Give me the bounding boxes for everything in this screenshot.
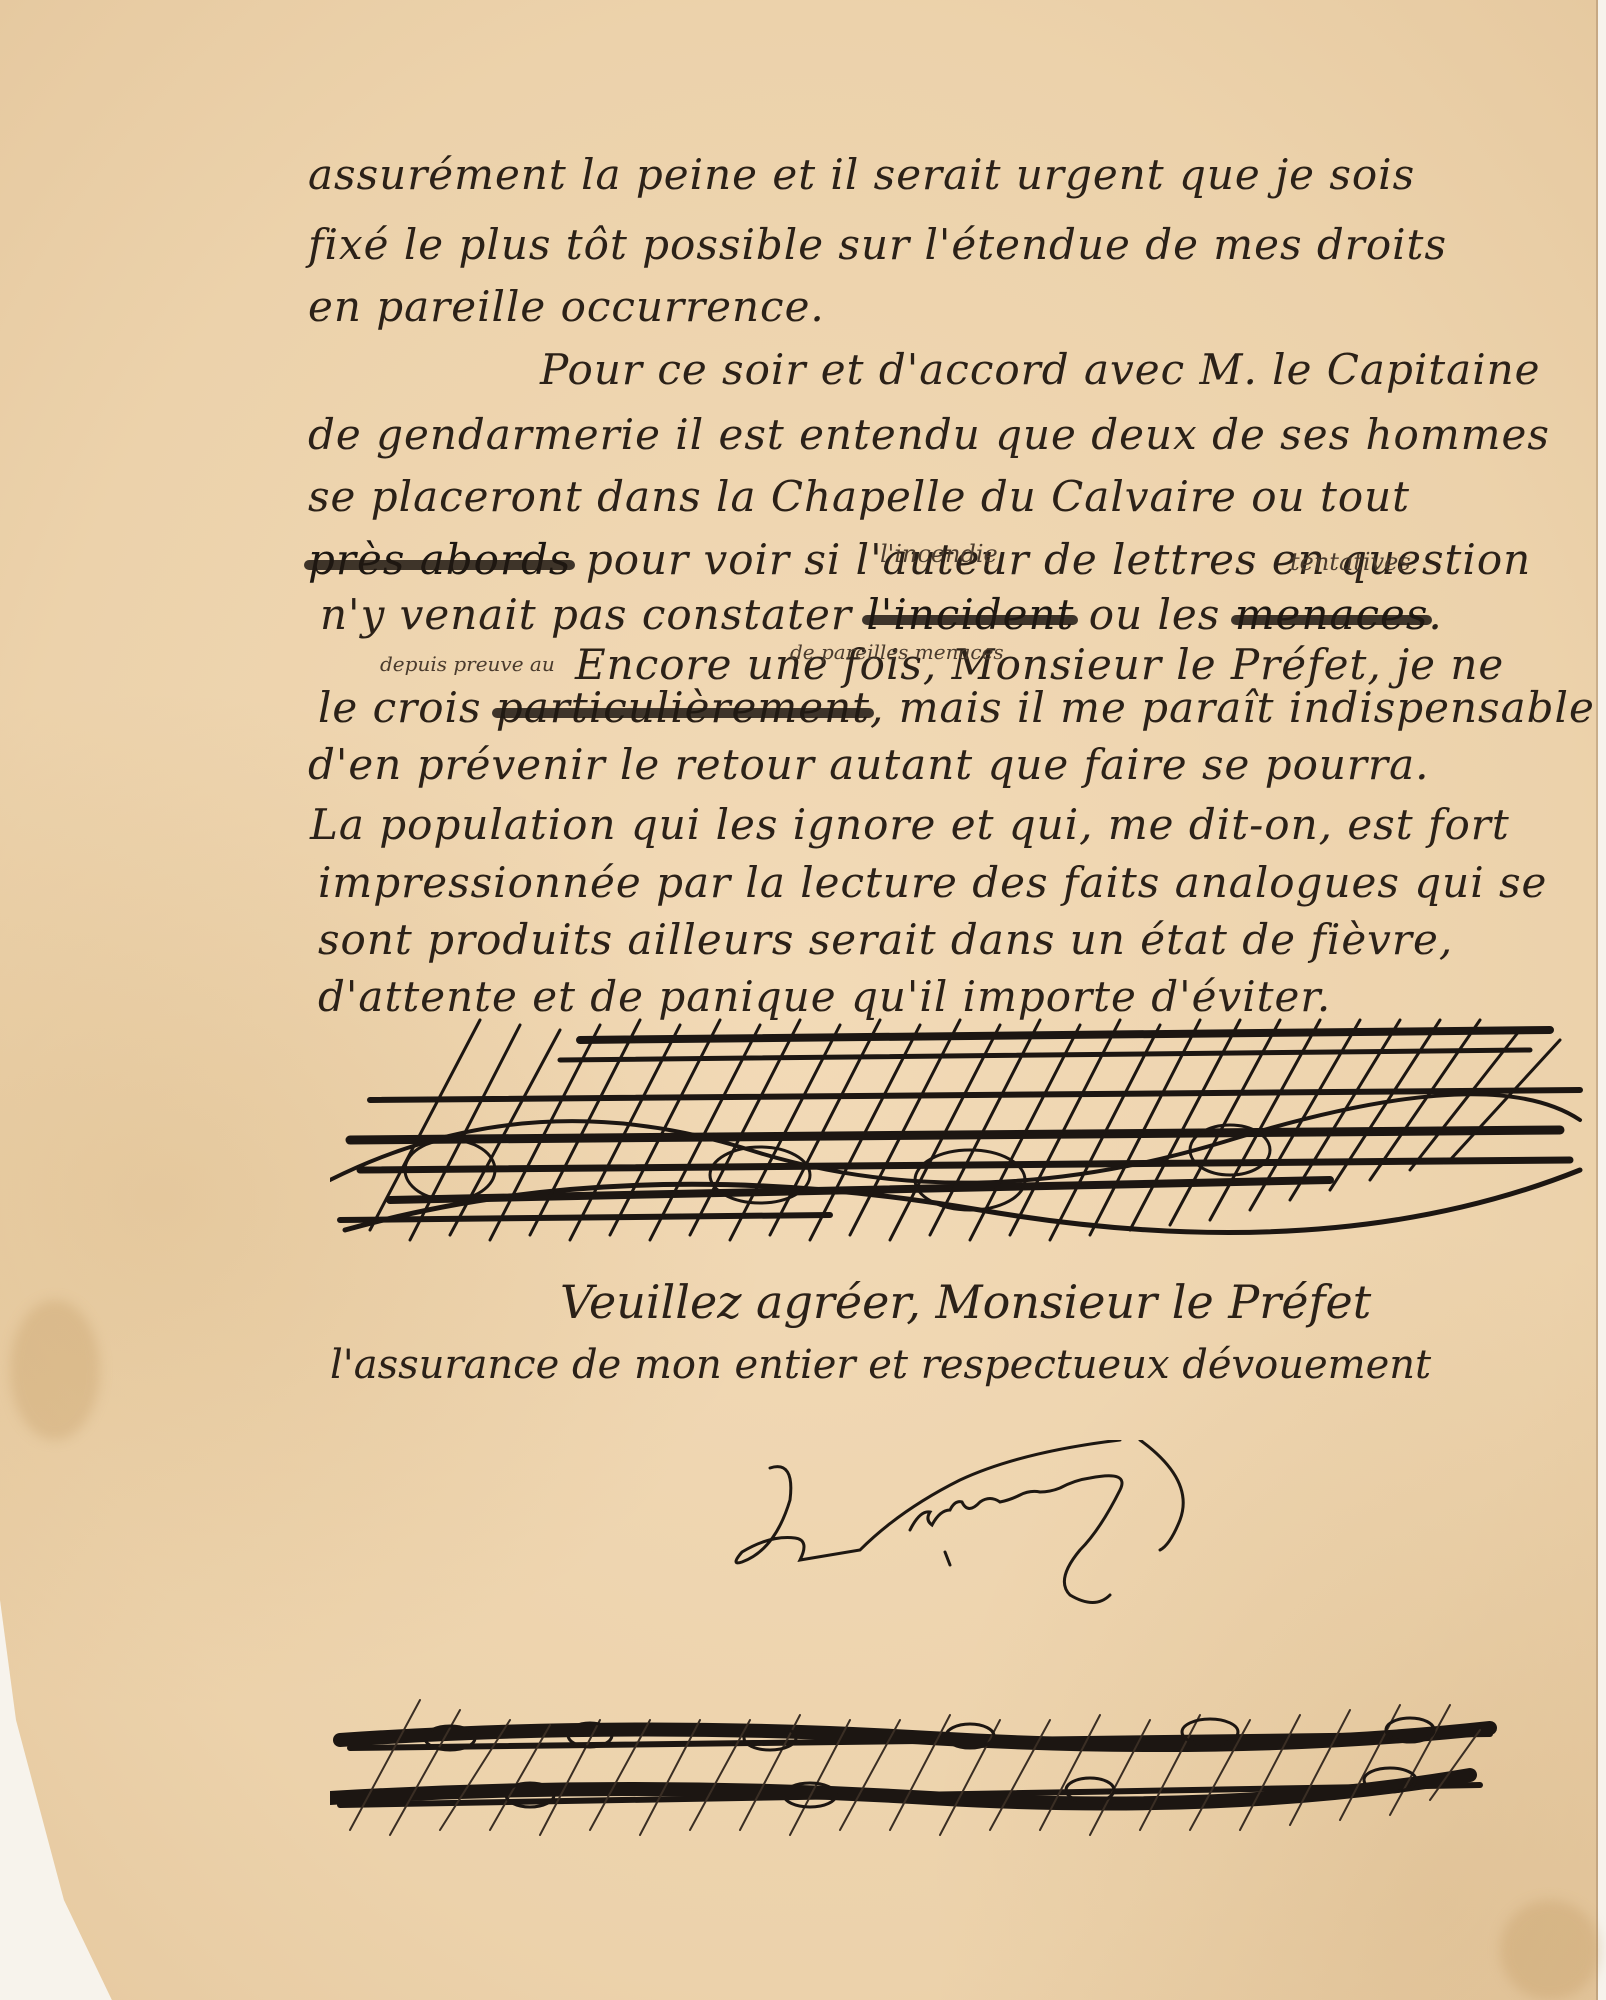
line-text: ou les [1089, 590, 1221, 639]
line-text: mais il me paraît indispensable [899, 683, 1595, 732]
paper-stain [10, 1300, 100, 1440]
letter-line: La population qui les ignore et qui, me … [310, 800, 1510, 849]
cancelled-lines-bottom [330, 1690, 1510, 1840]
letter-line: impressionnée par la lecture des faits a… [318, 858, 1547, 907]
letter-line: de gendarmerie il est entendu que deux d… [308, 410, 1550, 459]
letter-line: fixé le plus tôt possible sur l'étendue … [308, 220, 1447, 269]
signature [700, 1440, 1300, 1640]
cancelled-paragraph [330, 1000, 1606, 1250]
interlinear-insertion: depuis preuve au [380, 652, 555, 676]
struck-word: particulièrement [496, 683, 870, 732]
letter-line: le crois particulièrement, mais il me pa… [318, 683, 1595, 732]
closing-line-2: l'assurance de mon entier et respectueux… [330, 1342, 1431, 1388]
interlinear-insertion: de pareilles menaces [790, 640, 1004, 664]
line-text: le crois [318, 683, 482, 732]
closing-line-1: Veuillez agréer, Monsieur le Préfet [560, 1275, 1371, 1329]
letter-line: n'y venait pas constater l'incident ou l… [320, 590, 1443, 639]
letter-line: assurément la peine et il serait urgent … [308, 150, 1415, 199]
letter-line: sont produits ailleurs serait dans un ét… [318, 915, 1453, 964]
interlinear-insertion: tentatives [1290, 548, 1411, 576]
interlinear-insertion: l'incendie [880, 540, 998, 568]
struck-word: menaces [1235, 590, 1429, 639]
letter-line: Pour ce soir et d'accord avec M. le Capi… [540, 345, 1541, 394]
paper-stain [1500, 1900, 1600, 2000]
struck-word: près abords [308, 535, 571, 584]
letter-line: d'en prévenir le retour autant que faire… [308, 740, 1429, 789]
struck-word: l'incident [866, 590, 1074, 639]
letter-line: se placeront dans la Chapelle du Calvair… [308, 472, 1410, 521]
letter-line: Encore une fois, Monsieur le Préfet, je … [575, 640, 1504, 689]
line-text: n'y venait pas constater [320, 590, 852, 639]
letter-line: en pareille occurrence. [308, 282, 825, 331]
